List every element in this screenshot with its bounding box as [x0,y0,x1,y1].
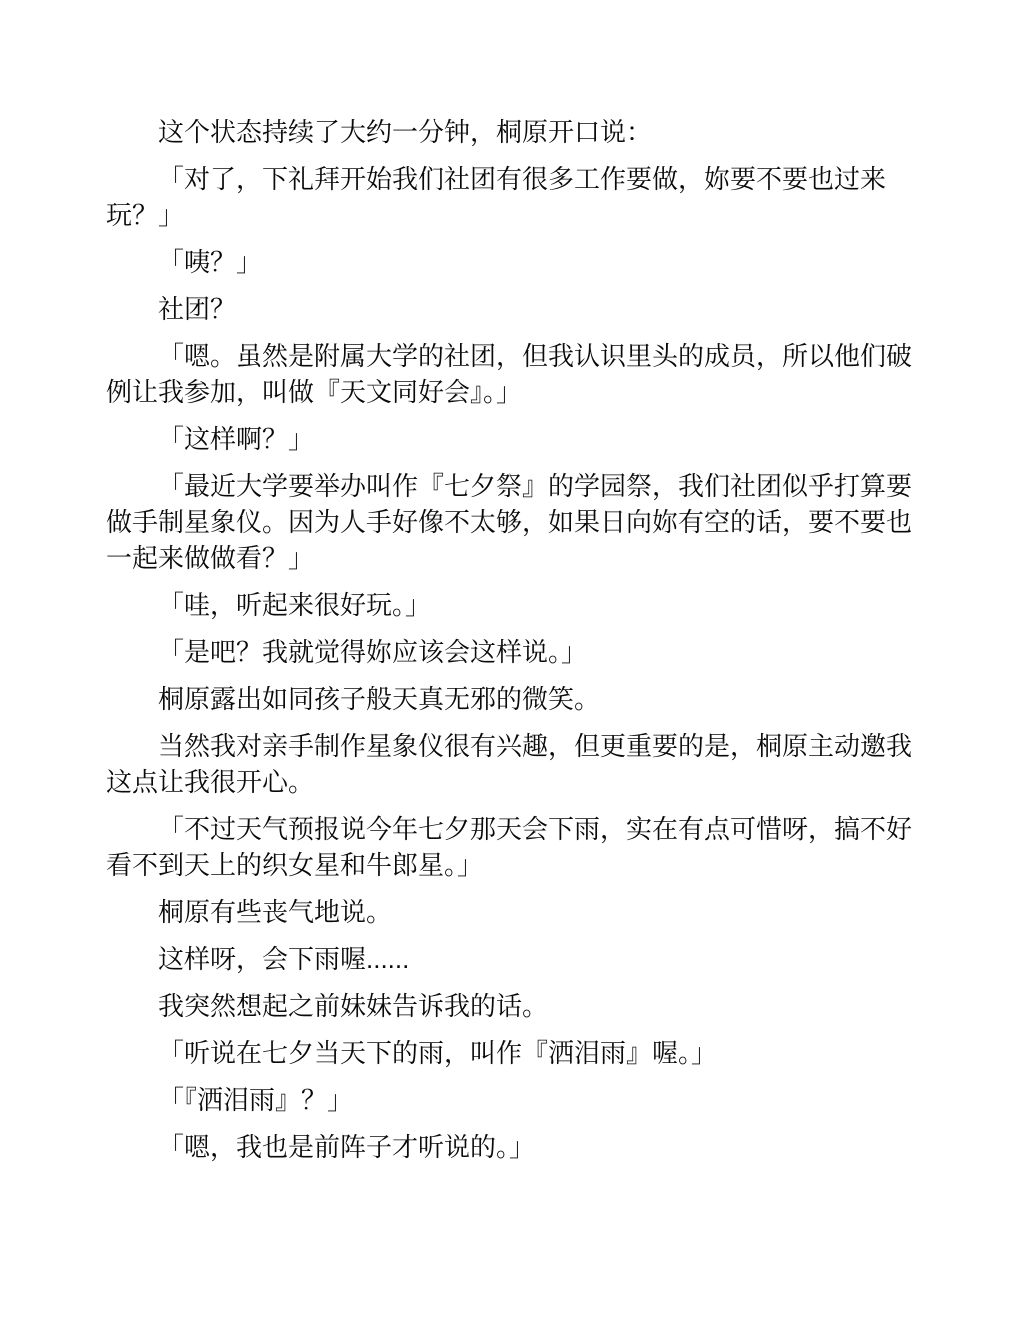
paragraph: 当然我对亲手制作星象仪很有兴趣，但更重要的是，桐原主动邀我 这点让我很开心。 [106,728,914,800]
paragraph: 社团？ [106,291,914,327]
paragraph: 「咦？」 [106,244,914,280]
paragraph: 「哇，听起来很好玩。」 [106,587,914,623]
paragraph: 「是吧？我就觉得妳应该会这样说。」 [106,634,914,670]
novel-page: 这个状态持续了大约一分钟，桐原开口说： 「对了，下礼拜开始我们社团有很多工作要做… [0,0,1020,1320]
paragraph: 「听说在七夕当天下的雨，叫作『洒泪雨』喔。」 [106,1035,914,1071]
paragraph: 我突然想起之前妹妹告诉我的话。 [106,988,914,1024]
paragraph: 桐原露出如同孩子般天真无邪的微笑。 [106,681,914,717]
paragraph: 「对了，下礼拜开始我们社团有很多工作要做，妳要不要也过来 玩？」 [106,161,914,233]
paragraph: 这个状态持续了大约一分钟，桐原开口说： [106,114,914,150]
paragraph: 这样呀，会下雨喔...... [106,941,914,977]
paragraph: 「最近大学要举办叫作『七夕祭』的学园祭，我们社团似乎打算要 做手制星象仪。因为人… [106,468,914,576]
paragraph: 「『洒泪雨』？」 [106,1082,914,1118]
paragraph: 「嗯，我也是前阵子才听说的。」 [106,1129,914,1165]
paragraph: 「这样啊？」 [106,421,914,457]
paragraph: 桐原有些丧气地说。 [106,894,914,930]
paragraph: 「嗯。虽然是附属大学的社团，但我认识里头的成员，所以他们破 例让我参加，叫做『天… [106,338,914,410]
paragraph: 「不过天气预报说今年七夕那天会下雨，实在有点可惜呀，搞不好 看不到天上的织女星和… [106,811,914,883]
